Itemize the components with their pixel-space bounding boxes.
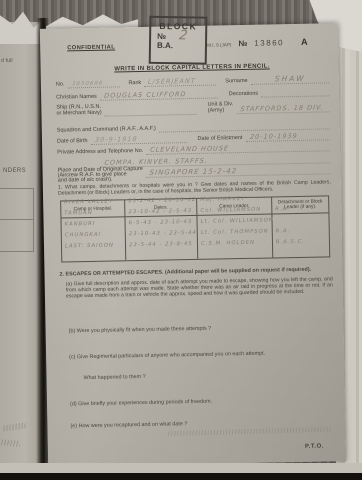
question-2e-text: (e) How were you recaptured and on what … (70, 421, 187, 429)
address-label: Private Address and Telephone No. (57, 148, 143, 157)
rank-value: L/SERJEANT (148, 77, 197, 86)
box-divider-line (0, 219, 33, 220)
serial-no-label: № (238, 39, 247, 48)
ship-label: Ship (R.N., U.S.N. or Merchant Navy) (56, 105, 101, 118)
surname-field[interactable]: SHAW (250, 74, 328, 85)
rank-label: Rank (128, 80, 141, 87)
stamp-line-block: BLOCK (151, 21, 205, 32)
series-letter: A (301, 37, 308, 47)
decorations-field[interactable] (261, 87, 329, 97)
christian-names-field[interactable]: DOUGLAS CLIFFORD (100, 89, 218, 100)
no-value: 3850686 (71, 81, 103, 88)
squadron-field[interactable] (159, 120, 330, 132)
confidential-marking: CONFIDENTIAL (67, 44, 115, 51)
field-row-ship-unit: Ship (R.N., U.S.N. or Merchant Navy) Uni… (56, 100, 329, 117)
form-serial-row: M.I. 9 (JAP) № 13860 A (207, 37, 308, 49)
christian-names-label: Christian Names (56, 94, 97, 102)
capture-field[interactable]: SINGAPORE 15-2-42 (146, 164, 331, 178)
camps-table: Camp or Hospital. Dates. Camp Leader. De… (60, 195, 330, 262)
ship-field[interactable] (105, 106, 197, 117)
faint-pencil-note (167, 427, 331, 437)
camps-table-entries: RIVER VALLEY 15-2-42 - 20-10-42 Maj. HAR… (61, 189, 329, 249)
question-2d-text: (d) Give briefly your experiences during… (70, 399, 212, 408)
form-instruction-heading: WRITE IN BLOCK CAPITAL LETTERS IN PENCIL… (56, 62, 329, 73)
left-page-text-fragment: NDERS (3, 168, 26, 174)
surname-label: Surname (225, 78, 247, 85)
question-2b-text: (b) Were you physically fit when you mad… (69, 326, 212, 335)
date-of-enlistment-field[interactable]: 20-10-1939 (245, 131, 330, 142)
christian-names-value: DOUGLAS CLIFFORD (103, 90, 186, 100)
pencil-scribble (2, 422, 27, 431)
squadron-label: Squadron and Command (R.A.F., A.A.F.) (57, 126, 156, 135)
address-field-line1[interactable]: CLEVELAND HOUSE (146, 142, 330, 155)
date-of-birth-label: Date of Birth (57, 138, 88, 146)
date-of-birth-value: 30-9-1918 (94, 135, 137, 144)
serial-number: 13860 (254, 38, 284, 48)
left-page-box-outline (0, 188, 34, 252)
question-2c2-text: What happened to them ? (83, 374, 145, 381)
photo-of-document: d full NDERS CONFIDENTIAL BLOCK № B.A. 2… (0, 0, 362, 480)
form-reference: M.I. 9 (JAP) (207, 42, 231, 47)
handwritten-block-number: 2 (178, 28, 189, 43)
page-bottom-edge (0, 463, 362, 473)
pow-questionnaire-page: CONFIDENTIAL BLOCK № B.A. 2 M.I. 9 (JAP)… (40, 23, 346, 467)
address-value-line1: CLEVELAND HOUSE (150, 144, 230, 154)
field-row-identity: No. 3850686 Rank L/SERJEANT Surname SHAW (56, 74, 329, 88)
date-of-enlistment-value: 20-10-1939 (249, 132, 297, 141)
block-number-stamp: BLOCK № B.A. 2 (149, 16, 208, 65)
capture-value: SINGAPORE 15-2-42 (150, 167, 238, 177)
unit-label: Unit & Div. (Army) (208, 102, 234, 114)
no-label: No. (56, 81, 65, 88)
no-field[interactable]: 3850686 (67, 78, 119, 88)
page-turn-over-label: P.T.O. (305, 444, 324, 450)
question-2c-text: (c) Give Regimental particulars of anyon… (69, 351, 265, 361)
unit-field[interactable]: STAFFORDS. 18 DIV. (236, 103, 329, 114)
date-of-birth-field[interactable]: 30-9-1918 (90, 134, 186, 145)
unit-value: STAFFORDS. 18 DIV. (240, 103, 324, 113)
decorations-label: Decorations (229, 91, 258, 99)
date-of-enlistment-label: Date of Enlistment (197, 135, 242, 143)
photo-bottom-shadow (0, 473, 362, 480)
field-row-names: Christian Names DOUGLAS CLIFFORD Decorat… (56, 87, 329, 101)
pencil-scribble (0, 439, 20, 447)
section-2-heading: 2. ESCAPES OR ATTEMPTED ESCAPES. (Additi… (59, 266, 332, 277)
rank-field[interactable]: L/SERJEANT (144, 77, 216, 87)
question-2a-text: (a) Give full description and approx. da… (66, 276, 333, 299)
left-page-text-fragment: d full (1, 58, 13, 64)
surname-value: SHAW (274, 74, 306, 84)
